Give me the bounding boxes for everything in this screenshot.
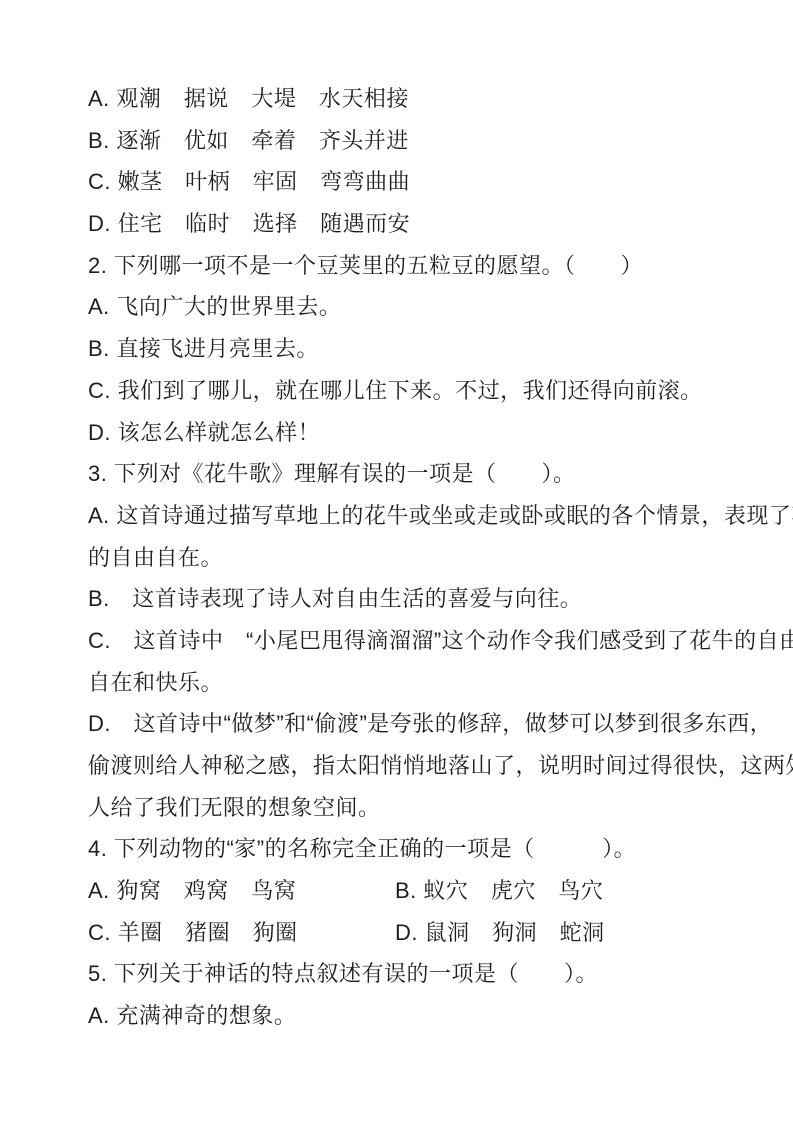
q3-option-d-line3: 人给了我们无限的想象空间。 [88, 793, 718, 835]
q4-option-b: B. 蚁穴 虎穴 鸟穴 [395, 876, 603, 906]
q1-option-c: C. 嫩茎 叶柄 牢固 弯弯曲曲 [88, 167, 718, 209]
q3-option-b: B. 这首诗表现了诗人对自由生活的喜爱与向往。 [88, 584, 718, 626]
q2-option-a: A. 飞向广大的世界里去。 [88, 292, 718, 334]
q1-option-a: A. 观潮 据说 大堤 水天相接 [88, 84, 718, 126]
q3-option-d-line1: D. 这首诗中“做梦”和“偷渡”是夸张的修辞，做梦可以梦到很多东西， [88, 709, 718, 751]
q4-option-d: D. 鼠洞 狗洞 蛇洞 [395, 918, 605, 948]
q4-stem: 4. 下列动物的“家”的名称完全正确的一项是（ ）。 [88, 834, 718, 876]
q4-option-c: C. 羊圈 猪圈 狗圈 [88, 918, 298, 948]
q5-stem: 5. 下列关于神话的特点叙述有误的一项是（ ）。 [88, 959, 718, 1001]
q3-option-a-line2: 的自由自在。 [88, 543, 718, 585]
q4-option-a: A. 狗窝 鸡窝 鸟窝 [88, 876, 296, 906]
q4-options-row-cd: C. 羊圈 猪圈 狗圈 D. 鼠洞 狗洞 蛇洞 [88, 918, 718, 960]
q3-option-a-line1: A. 这首诗通过描写草地上的花牛或坐或走或卧或眠的各个情景，表现了花牛 [88, 501, 718, 543]
q5-option-a: A. 充满神奇的想象。 [88, 1001, 718, 1043]
q3-option-c-line1: C. 这首诗中 “小尾巴甩得滴溜溜”这个动作令我们感受到了花牛的自由 [88, 626, 718, 668]
q3-option-c-line2: 自在和快乐。 [88, 668, 718, 710]
q2-option-c: C. 我们到了哪儿，就在哪儿住下来。不过，我们还得向前滚。 [88, 376, 718, 418]
q2-option-d: D. 该怎么样就怎么样！ [88, 418, 718, 460]
q3-stem: 3. 下列对《花牛歌》理解有误的一项是（ ）。 [88, 459, 718, 501]
document-page: A. 观潮 据说 大堤 水天相接 B. 逐渐 优如 牵着 齐头并进 C. 嫩茎 … [88, 84, 718, 1043]
q1-option-d: D. 住宅 临时 选择 随遇而安 [88, 209, 718, 251]
q3-option-d-line2: 偷渡则给人神秘之感，指太阳悄悄地落山了，说明时间过得很快，这两处拟 [88, 751, 718, 793]
q2-stem: 2. 下列哪一项不是一个豆荚里的五粒豆的愿望。（ ） [88, 251, 718, 293]
q4-options-row-ab: A. 狗窝 鸡窝 鸟窝 B. 蚁穴 虎穴 鸟穴 [88, 876, 718, 918]
q1-option-b: B. 逐渐 优如 牵着 齐头并进 [88, 126, 718, 168]
q2-option-b: B. 直接飞进月亮里去。 [88, 334, 718, 376]
